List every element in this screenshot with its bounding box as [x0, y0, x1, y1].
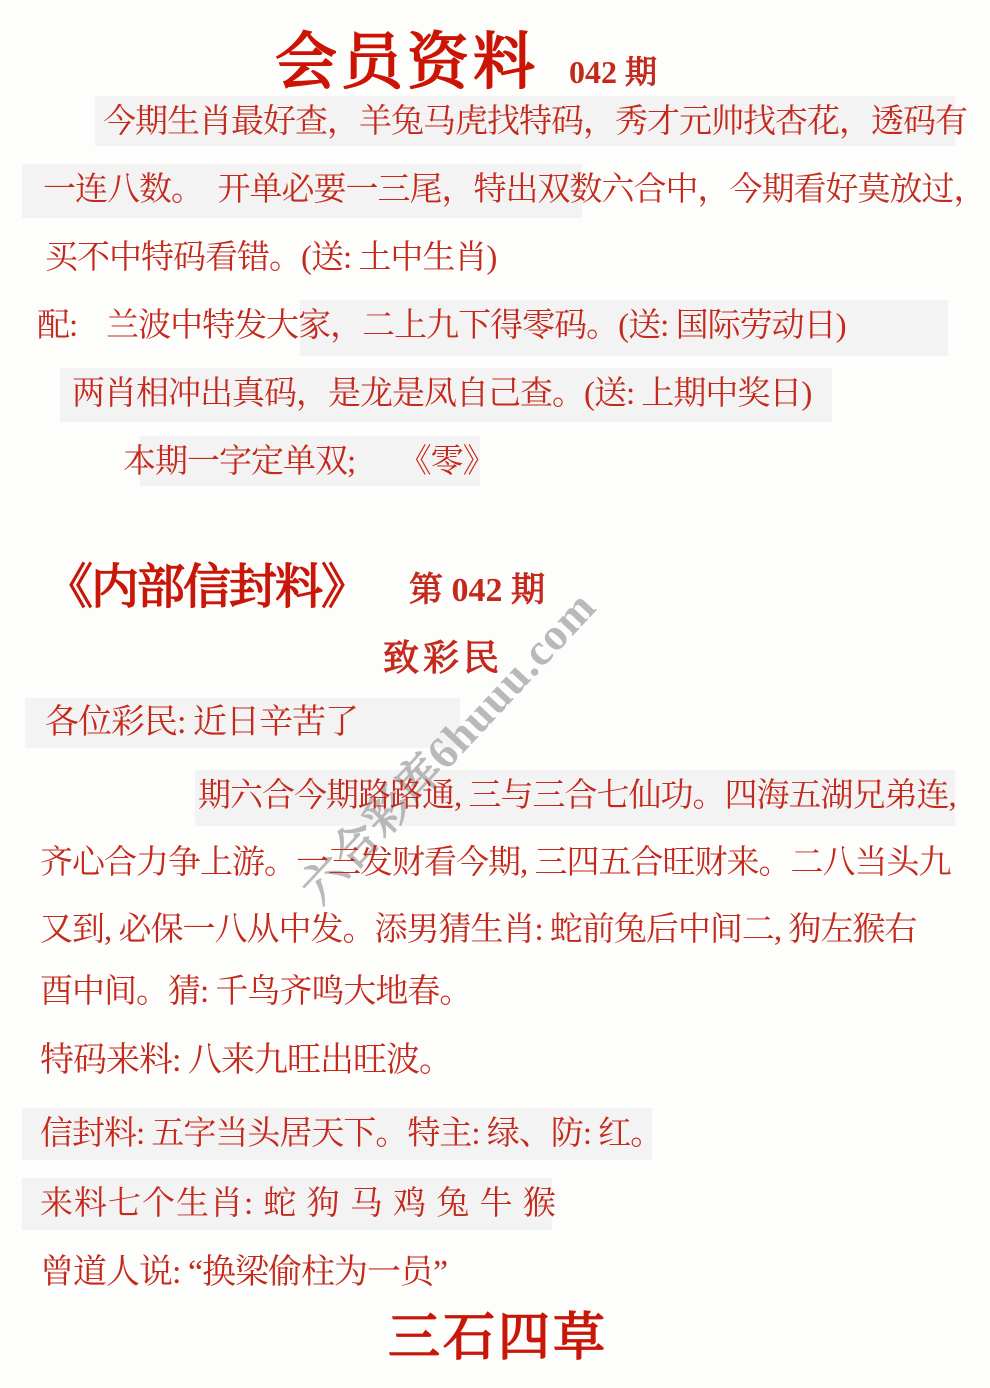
signature-line: 三石四草 — [388, 1306, 608, 1371]
envelope-subtitle: 致彩民 — [383, 636, 503, 681]
envelope-greeting: 各位彩民: 近日辛苦了 — [45, 702, 358, 745]
envelope-paragraph-line-2: 齐心合力争上游。一三发财看今期, 三四五合旺财来。二八当头九 — [40, 843, 951, 884]
member-tip-line-2: 一连八数。 开单必要一三尾，特出双数六合中，今期看好莫放过， — [43, 170, 986, 211]
envelope-title: 《内部信封料》 — [45, 548, 367, 617]
special-code-line: 特码来料: 八来九旺出旺波。 — [40, 1040, 452, 1083]
member-tip-line-6: 本期一字定单双; 《零》 — [123, 442, 495, 483]
envelope-header: 《内部信封料》 第 042 期 — [45, 548, 545, 617]
member-issue-number: 042 期 — [569, 47, 657, 101]
scanned-tip-sheet: 六合彩库6huuu.com 会员资料 042 期 今期生肖最好查，羊兔马虎找特码… — [0, 0, 990, 1388]
envelope-paragraph-line-3: 又到, 必保一八从中发。添男猜生肖: 蛇前兔后中间二, 狗左猴右 — [40, 910, 916, 951]
member-tip-line-5: 两肖相冲出真码，是龙是凤自己查。(送: 上期中奖日) — [72, 374, 811, 415]
member-header: 会员资料 042 期 — [275, 12, 657, 101]
member-tip-line-1: 今期生肖最好查，羊兔马虎找特码，秀才元帅找杏花，透码有 — [103, 102, 967, 143]
member-tip-line-4: 配: 兰波中特发大家，二上九下得零码。(送: 国际劳动日) — [37, 306, 846, 347]
member-title: 会员资料 — [275, 12, 539, 101]
envelope-paragraph-line-1: 期六合今期路路通, 三与三合七仙功。四海五湖兄弟连, — [198, 776, 956, 817]
member-tip-line-3: 买不中特码看错。(送: 土中生肖) — [45, 238, 496, 279]
master-quote-line: 曾道人说: “换梁偷柱为一员” — [40, 1252, 447, 1295]
letter-material-line: 信封料: 五字当头居天下。特主: 绿、防: 红。 — [40, 1114, 662, 1155]
envelope-issue-number: 第 042 期 — [409, 562, 545, 617]
envelope-paragraph-line-4: 酉中间。猜: 千鸟齐鸣大地春。 — [40, 972, 471, 1013]
zodiac-list-line: 来料七个生肖: 蛇 狗 马 鸡 兔 牛 猴 — [40, 1184, 557, 1225]
